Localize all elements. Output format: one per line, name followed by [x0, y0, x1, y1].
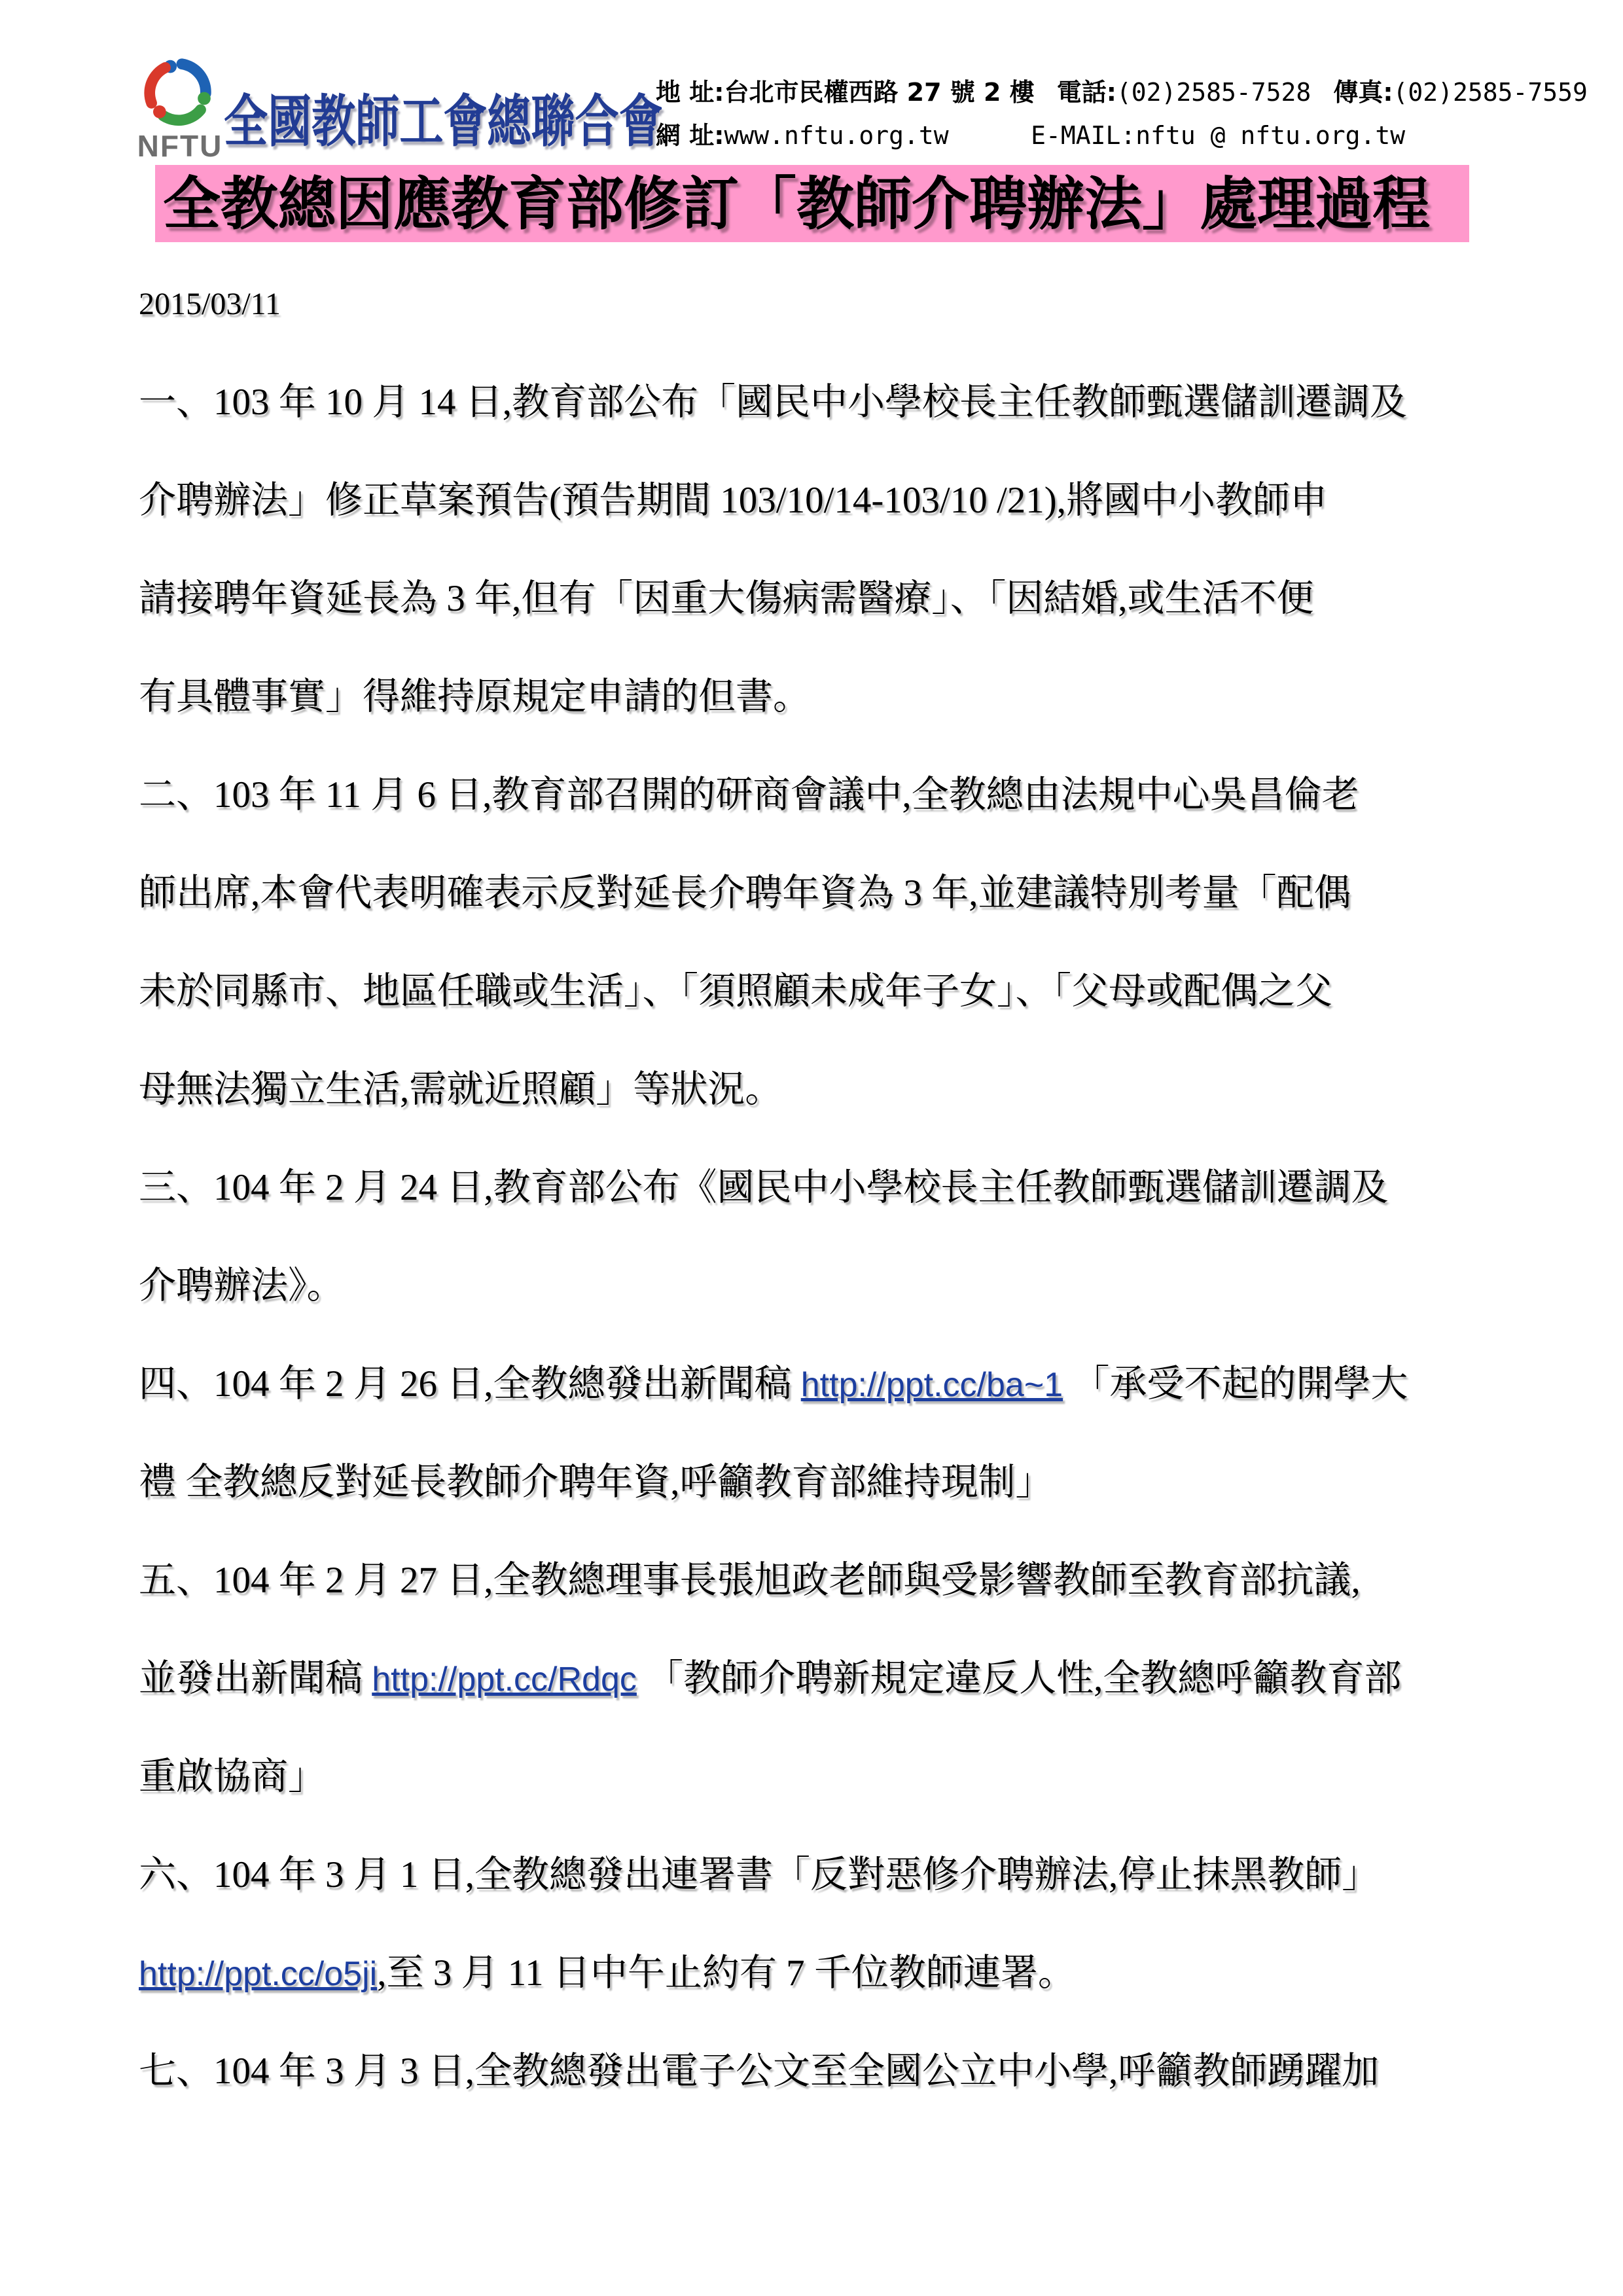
contact-email: E-MAIL:nftu @ nftu.org.tw: [1031, 122, 1405, 150]
fax-label: 傳真:: [1333, 78, 1393, 107]
body-line: 請接聘年資延長為 3 年,但有「因重大傷病需醫療」、「因結婚,或生活不便: [139, 550, 1484, 648]
body-line: http://ppt.cc/o5ji,至 3 月 11 日中午止約有 7 千位教…: [139, 1924, 1484, 2022]
contact-row-1: 地 址:台北市民權西路 27 號 2 樓電話:(02)2585-7528傳真:(…: [656, 71, 1610, 114]
email-label: E-MAIL:: [1031, 121, 1135, 150]
body-line: 四、104 年 2 月 26 日,全教總發出新聞稿 http://ppt.cc/…: [139, 1335, 1484, 1433]
web-value: www.nftu.org.tw: [724, 121, 948, 150]
contact-web: 網 址:www.nftu.org.tw: [656, 122, 1008, 150]
document-date: 2015/03/11: [139, 255, 1484, 353]
phone-label: 電話:: [1057, 78, 1116, 107]
body-text: 三、104 年 2 月 24 日,教育部公布《國民中小學校長主任教師甄選儲訓遷調…: [139, 1167, 1389, 1208]
body-line: 有具體事實」得維持原規定申請的但書。: [139, 648, 1484, 746]
body-text: 有具體事實」得維持原規定申請的但書。: [139, 676, 810, 717]
body-text: 介聘辦法》。: [139, 1265, 344, 1306]
address-label: 地 址:: [656, 78, 724, 107]
body-line: 師出席,本會代表明確表示反對延長介聘年資為 3 年,並建議特別考量「配偶: [139, 844, 1484, 942]
body-text: 「教師介聘新規定違反人性,全教總呼籲教育部: [637, 1658, 1402, 1699]
body-text: 五、104 年 2 月 27 日,全教總理事長張旭政老師與受影響教師至教育部抗議…: [139, 1560, 1361, 1601]
contact-info: 地 址:台北市民權西路 27 號 2 樓電話:(02)2585-7528傳真:(…: [656, 71, 1610, 157]
contact-phone: 電話:(02)2585-7528: [1057, 79, 1311, 107]
phone-value: (02)2585-7528: [1116, 78, 1311, 107]
body-text: 「承受不起的開學大: [1063, 1363, 1408, 1405]
contact-address: 地 址:台北市民權西路 27 號 2 樓: [656, 79, 1035, 107]
nftu-logo-icon: [139, 52, 217, 130]
email-value: nftu @ nftu.org.tw: [1135, 121, 1405, 150]
body-line: 未於同縣市、地區任職或生活」、「須照顧未成年子女」、「父母或配偶之父: [139, 942, 1484, 1041]
title-highlight: 全教總因應教育部修訂「教師介聘辦法」處理過程: [155, 165, 1469, 242]
contact-row-2: 網 址:www.nftu.org.tw E-MAIL:nftu @ nftu.o…: [656, 114, 1610, 157]
body-line: 一、103 年 10 月 14 日,教育部公布「國民中小學校長主任教師甄選儲訓遷…: [139, 353, 1484, 452]
body-text: 禮 全教總反對延長教師介聘年資,呼籲教育部維持現制」: [139, 1462, 1053, 1503]
fax-value: (02)2585-7559: [1393, 78, 1588, 107]
body-line: 五、104 年 2 月 27 日,全教總理事長張旭政老師與受影響教師至教育部抗議…: [139, 1532, 1484, 1630]
document-page: NFTU 全國教師工會總聯合會 地 址:台北市民權西路 27 號 2 樓電話:(…: [0, 0, 1623, 2296]
body-line: 介聘辦法」修正草案預告(預告期間 103/10/14-103/10 /21),將…: [139, 452, 1484, 550]
hyperlink[interactable]: http://ppt.cc/o5ji: [139, 1955, 377, 1993]
body-text: 七、104 年 3 月 3 日,全教總發出電子公文至全國公立中小學,呼籲教師踴躍…: [139, 2051, 1379, 2092]
contact-fax: 傳真:(02)2585-7559: [1333, 79, 1588, 107]
body-line: 二、103 年 11 月 6 日,教育部召開的研商會議中,全教總由法規中心吳昌倫…: [139, 746, 1484, 844]
nftu-acronym: NFTU: [128, 128, 232, 164]
body-line: 介聘辦法》。: [139, 1237, 1484, 1335]
body-line: 六、104 年 3 月 1 日,全教總發出連署書「反對惡修介聘辦法,停止抹黑教師…: [139, 1826, 1484, 1924]
org-name-calligraphy: 全國教師工會總聯合會: [224, 76, 663, 157]
body-text: 一、103 年 10 月 14 日,教育部公布「國民中小學校長主任教師甄選儲訓遷…: [139, 382, 1407, 423]
body-line: 重啟協商」: [139, 1728, 1484, 1826]
body-text: 重啟協商」: [139, 1756, 325, 1797]
body-text: 未於同縣市、地區任職或生活」、「須照顧未成年子女」、「父母或配偶之父: [139, 971, 1332, 1012]
document-title: 全教總因應教育部修訂「教師介聘辦法」處理過程: [155, 165, 1469, 242]
body-line: 母無法獨立生活,需就近照顧」等狀況。: [139, 1041, 1484, 1139]
body-text: 六、104 年 3 月 1 日,全教總發出連署書「反對惡修介聘辦法,停止抹黑教師…: [139, 1854, 1379, 1895]
body-line: 並發出新聞稿 http://ppt.cc/Rdqc 「教師介聘新規定違反人性,全…: [139, 1630, 1484, 1728]
hyperlink[interactable]: http://ppt.cc/ba~1: [801, 1366, 1063, 1404]
body-line: 七、104 年 3 月 3 日,全教總發出電子公文至全國公立中小學,呼籲教師踴躍…: [139, 2022, 1484, 2121]
body-text: 並發出新聞稿: [139, 1658, 372, 1699]
document-content: 2015/03/11 一、103 年 10 月 14 日,教育部公布「國民中小學…: [139, 255, 1484, 2121]
body-text: 師出席,本會代表明確表示反對延長介聘年資為 3 年,並建議特別考量「配偶: [139, 872, 1351, 914]
body-line: 禮 全教總反對延長教師介聘年資,呼籲教育部維持現制」: [139, 1433, 1484, 1532]
body-line: 三、104 年 2 月 24 日,教育部公布《國民中小學校長主任教師甄選儲訓遷調…: [139, 1139, 1484, 1237]
body-text: 介聘辦法」修正草案預告(預告期間 103/10/14-103/10 /21),將…: [139, 480, 1327, 521]
document-body: 一、103 年 10 月 14 日,教育部公布「國民中小學校長主任教師甄選儲訓遷…: [139, 353, 1484, 2121]
body-text: 請接聘年資延長為 3 年,但有「因重大傷病需醫療」、「因結婚,或生活不便: [139, 578, 1314, 619]
body-text: ,至 3 月 11 日中午止約有 7 千位教師連署。: [377, 1952, 1075, 1994]
body-text: 四、104 年 2 月 26 日,全教總發出新聞稿: [139, 1363, 801, 1405]
hyperlink[interactable]: http://ppt.cc/Rdqc: [372, 1660, 637, 1698]
body-text: 二、103 年 11 月 6 日,教育部召開的研商會議中,全教總由法規中心吳昌倫…: [139, 774, 1359, 816]
web-label: 網 址:: [656, 121, 724, 150]
address-value: 台北市民權西路 27 號 2 樓: [724, 78, 1034, 107]
body-text: 母無法獨立生活,需就近照顧」等狀況。: [139, 1069, 782, 1110]
